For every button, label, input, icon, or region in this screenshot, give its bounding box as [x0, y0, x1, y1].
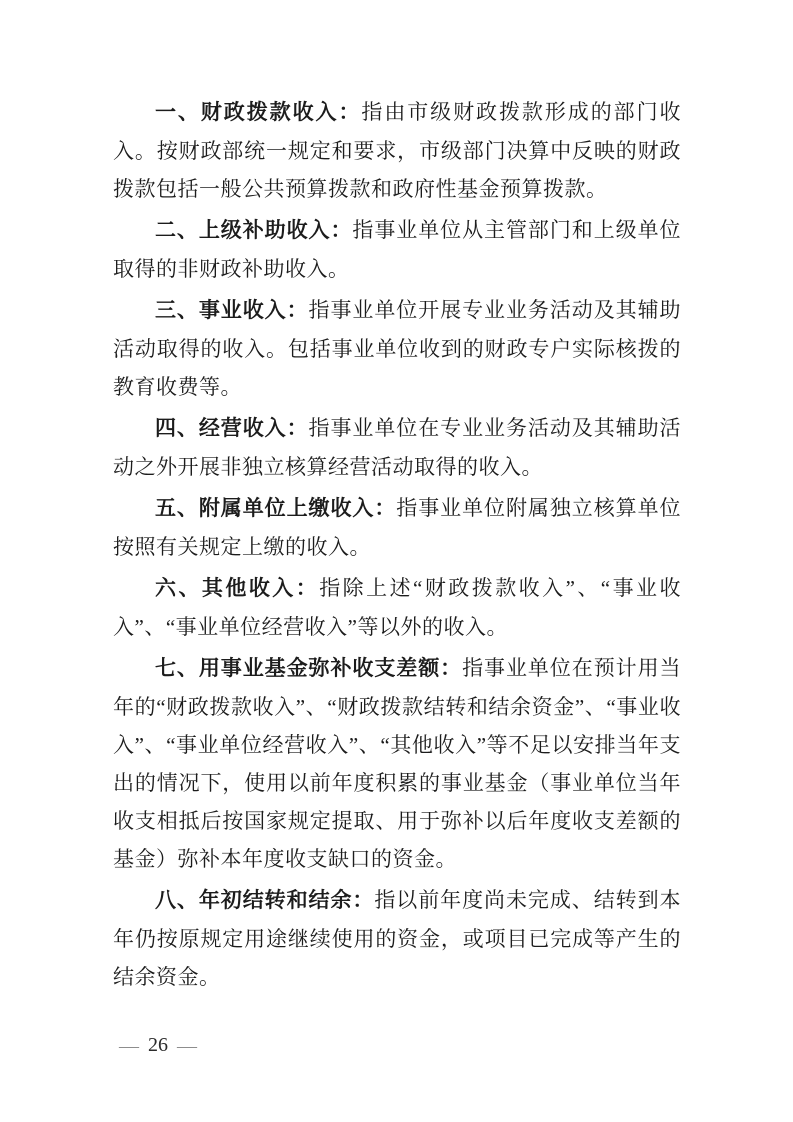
document-page: 一、财政拨款收入：指由市级财政拨款形成的部门收入。按财政部统一规定和要求，市级部… [0, 0, 793, 1122]
section-paragraph-3: 三、事业收入：指事业单位开展专业业务活动及其辅助活动取得的收入。包括事业单位收到… [113, 291, 681, 406]
term-label-8: 八、年初结转和结余： [155, 889, 374, 912]
section-paragraph-7: 七、用事业基金弥补收支差额：指事业单位在预计用当年的“财政拨款收入”、“财政拨款… [113, 649, 681, 878]
term-label-6: 六、其他收入： [155, 577, 319, 600]
term-label-1: 一、财政拨款收入： [155, 101, 361, 124]
term-label-5: 五、附属单位上缴收入： [155, 497, 396, 520]
section-paragraph-5: 五、附属单位上缴收入：指事业单位附属独立核算单位按照有关规定上缴的收入。 [113, 489, 681, 566]
section-paragraph-4: 四、经营收入：指事业单位在专业业务活动及其辅助活动之外开展非独立核算经营活动取得… [113, 409, 681, 486]
footer-dash-left: — [119, 1036, 139, 1056]
term-label-2: 二、上级补助收入： [155, 219, 352, 242]
glossary-text-block: 一、财政拨款收入：指由市级财政拨款形成的部门收入。按财政部统一规定和要求，市级部… [113, 93, 681, 999]
section-paragraph-1: 一、财政拨款收入：指由市级财政拨款形成的部门收入。按财政部统一规定和要求，市级部… [113, 93, 681, 208]
section-paragraph-6: 六、其他收入：指除上述“财政拨款收入”、“事业收入”、“事业单位经营收入”等以外… [113, 569, 681, 646]
section-paragraph-2: 二、上级补助收入：指事业单位从主管部门和上级单位取得的非财政补助收入。 [113, 211, 681, 288]
footer-dash-right: — [177, 1036, 197, 1056]
term-label-3: 三、事业收入： [155, 299, 309, 322]
page-footer: — 26 — [119, 1034, 197, 1057]
term-definition-7: 指事业单位在预计用当年的“财政拨款收入”、“财政拨款结转和结余资金”、“事业收入… [113, 656, 681, 871]
term-label-4: 四、经营收入： [155, 417, 309, 440]
section-paragraph-8: 八、年初结转和结余：指以前年度尚未完成、结转到本年仍按原规定用途继续使用的资金，… [113, 881, 681, 996]
term-label-7: 七、用事业基金弥补收支差额： [155, 657, 462, 680]
page-number: 26 [148, 1034, 168, 1057]
